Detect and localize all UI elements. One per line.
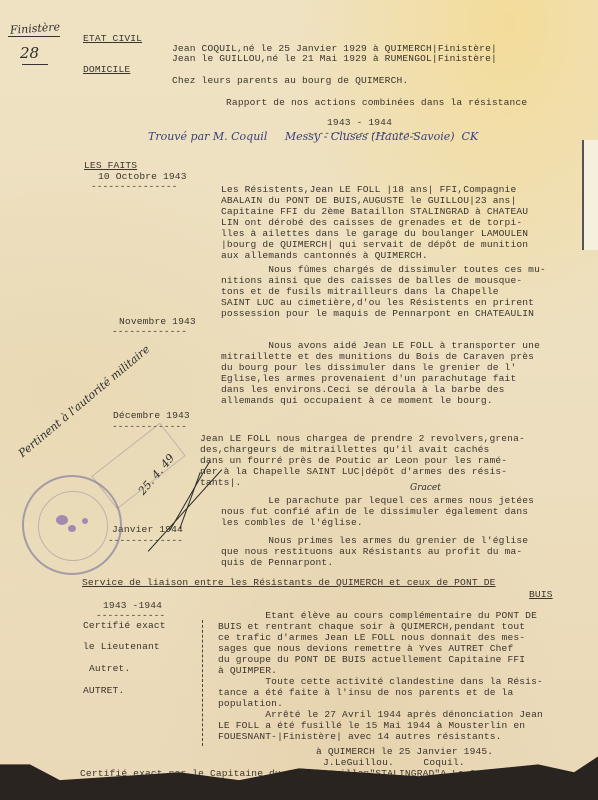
handwritten-header-note: Trouvé par M. Coquil Messy - Cluses (Hau… bbox=[148, 130, 478, 143]
margin-note-number: 28 bbox=[20, 44, 39, 62]
liaison-paragraph-1: Etant élève au cours complémentaire du P… bbox=[218, 610, 537, 676]
report-title: Rapport de nos actions combinées dans la… bbox=[226, 97, 527, 108]
novembre-paragraph-1: Nous avons aidé Jean LE FOLL à transport… bbox=[221, 340, 540, 406]
diagonal-annotation: Pertinent à l'autorité militaire bbox=[16, 343, 152, 460]
document-page: Finistère 28 ETAT CIVIL Jean COQUIL,né l… bbox=[0, 0, 598, 788]
certification-line-4: AUTRET. bbox=[83, 685, 124, 696]
date-divider: --------------- bbox=[91, 181, 177, 192]
octobre-paragraph-1: Les Résistents,Jean LE FOLL |18 ans| FFI… bbox=[221, 184, 528, 261]
janvier-paragraph-1: Nous primes les armes du grenier de l'ég… bbox=[221, 535, 528, 568]
certification-line-3: Autret. bbox=[89, 663, 130, 674]
stamp-ink bbox=[56, 515, 68, 525]
decembre-paragraph-1: Jean LE FOLL nous chargea de prendre 2 r… bbox=[200, 433, 525, 488]
date-divider: ------------- bbox=[112, 326, 187, 337]
certification-line-2: le Lieutenant bbox=[83, 641, 160, 652]
etat-civil-line-2: Jean le GUILLOU,né le 21 Mai 1929 à RUME… bbox=[172, 53, 497, 64]
initial-annotation: Gracet bbox=[410, 483, 441, 493]
paper-tab bbox=[582, 140, 598, 250]
column-divider bbox=[202, 620, 203, 746]
faits-label: LES FAITS bbox=[84, 160, 137, 171]
stamp-ink bbox=[82, 518, 88, 524]
etat-civil-label: ETAT CIVIL bbox=[83, 33, 142, 44]
domicile-label: DOMICILE bbox=[83, 64, 130, 75]
section-date-decembre: Décembre 1943 bbox=[113, 410, 190, 421]
certification-line-1: Certifié exact bbox=[83, 620, 166, 631]
octobre-paragraph-2: Nous fûmes chargés de dissimuler toutes … bbox=[221, 264, 546, 319]
report-period: 1943 - 1944 bbox=[327, 117, 392, 128]
domicile-text: Chez leurs parents au bourg de QUIMERCH. bbox=[172, 75, 408, 86]
liaison-paragraph-2: Toute cette activité clandestine dans la… bbox=[218, 676, 543, 709]
handwritten-signature bbox=[150, 450, 220, 540]
closing-signatures: J.LeGuillou. Coquil. bbox=[323, 757, 465, 768]
margin-note-number-underline bbox=[22, 64, 48, 65]
margin-note-finistere: Finistère bbox=[10, 20, 61, 36]
liaison-title: Service de liaison entre les Résistants … bbox=[82, 577, 496, 588]
closing-footer-certification: Certifié exact par le Capitaine du 2ème … bbox=[80, 768, 499, 779]
liaison-title-continued: BUIS bbox=[529, 589, 553, 600]
decembre-paragraph-2: Le parachute par lequel ces armes nous j… bbox=[221, 495, 534, 528]
liaison-paragraph-3: Arrêté le 27 Avril 1944 après dénonciati… bbox=[218, 709, 543, 742]
stamp-ink bbox=[68, 525, 76, 532]
margin-note-underline bbox=[8, 36, 60, 37]
closing-place-date: à QUIMERCH le 25 Janvier 1945. bbox=[316, 746, 493, 757]
